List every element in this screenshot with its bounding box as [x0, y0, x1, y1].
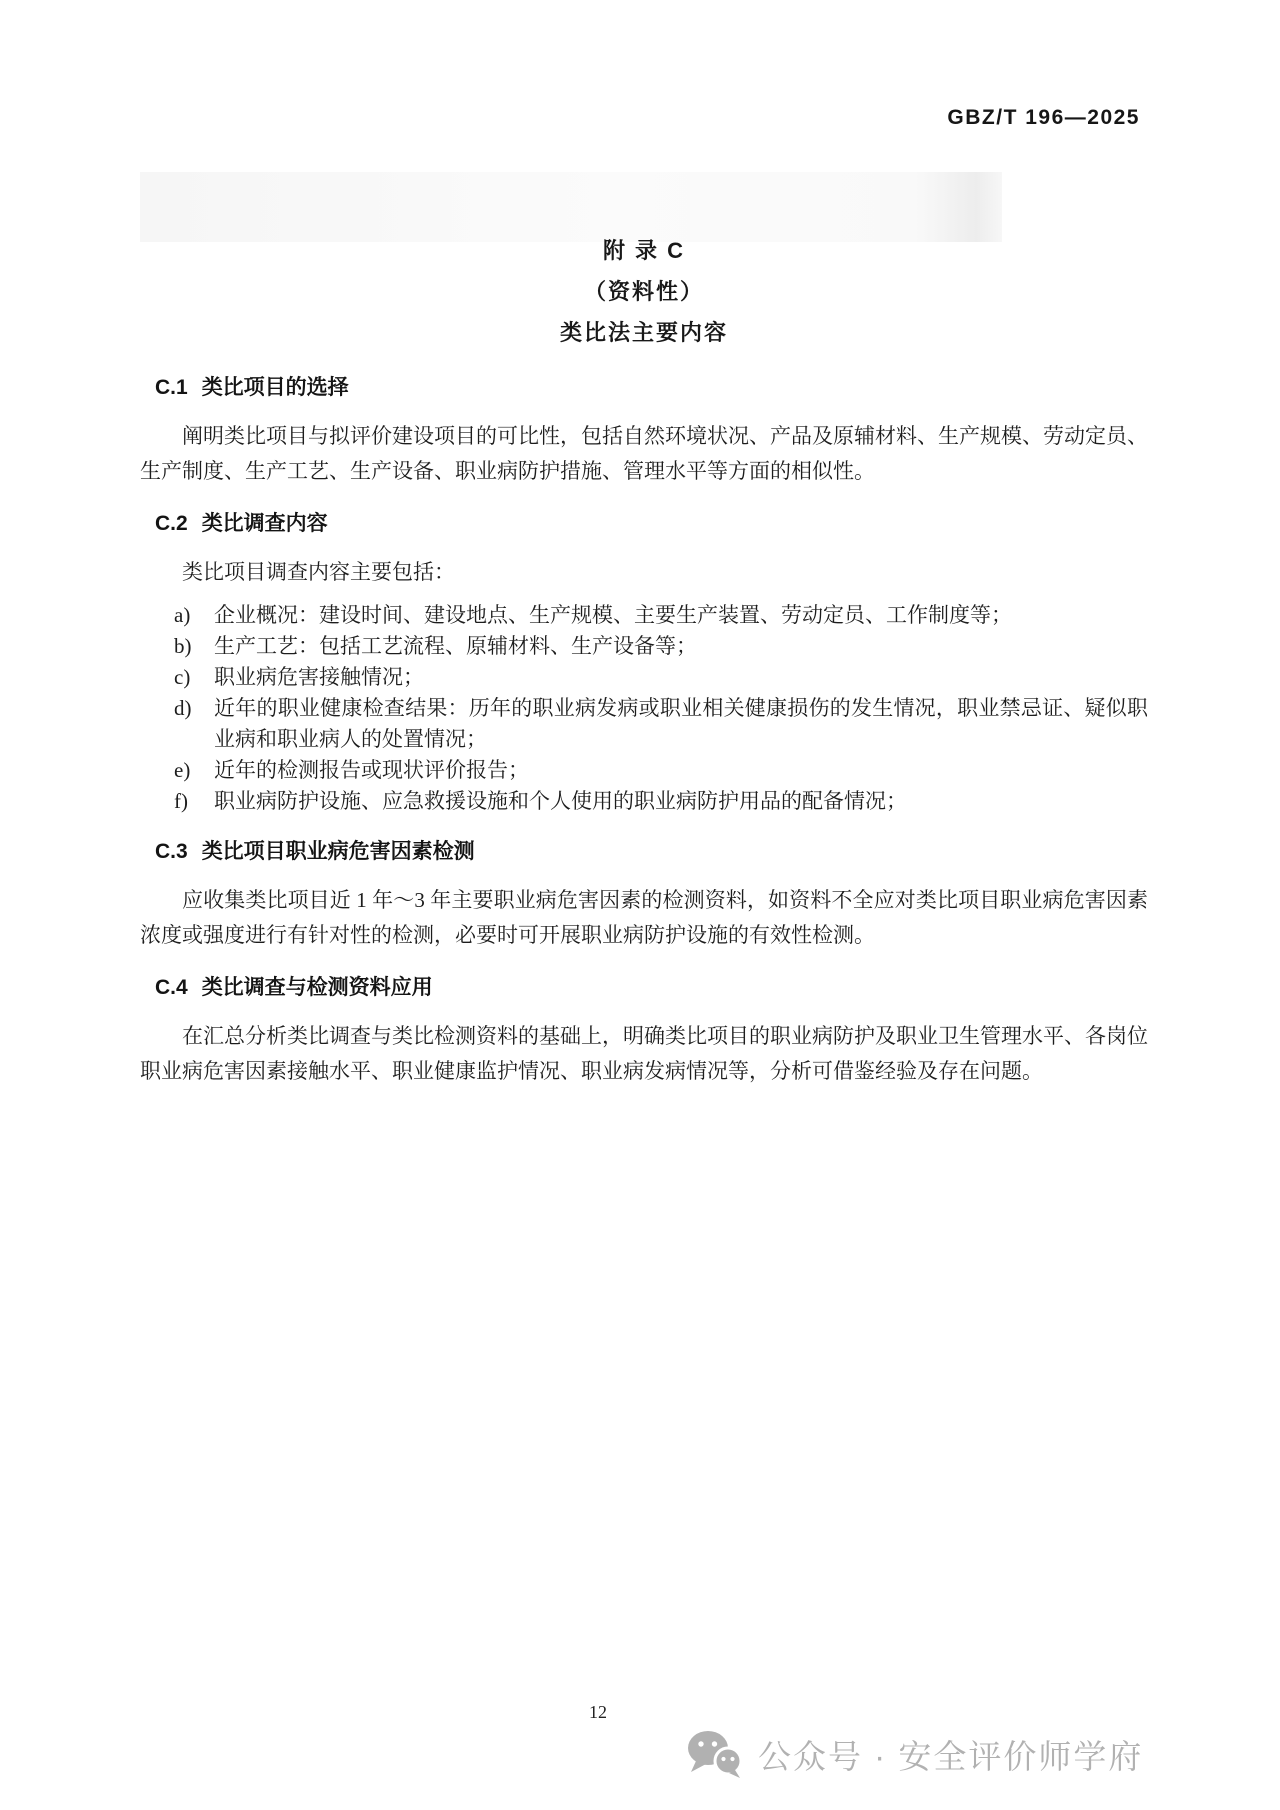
list-item-text: 企业概况：建设时间、建设地点、生产规模、主要生产装置、劳动定员、工作制度等；	[214, 600, 1148, 631]
body-paragraph: 在汇总分析类比调查与类比检测资料的基础上，明确类比项目的职业病防护及职业卫生管理…	[140, 1019, 1148, 1089]
page-content: 附 录 C （资料性） 类比法主要内容 C.1类比项目的选择 阐明类比项目与拟评…	[140, 230, 1148, 1099]
body-paragraph: 类比项目调查内容主要包括：	[140, 555, 1148, 590]
list-item: b) 生产工艺：包括工艺流程、原辅材料、生产设备等；	[140, 631, 1148, 662]
list-item-marker: b)	[174, 631, 214, 662]
section-c2: C.2类比调查内容 类比项目调查内容主要包括： a) 企业概况：建设时间、建设地…	[140, 510, 1148, 817]
list-item-marker: c)	[174, 662, 214, 693]
watermark: 公众号 · 安全评价师学府	[686, 1728, 1143, 1780]
section-c3: C.3类比项目职业病危害因素检测 应收集类比项目近 1 年～3 年主要职业病危害…	[140, 838, 1148, 953]
document-page: GBZ/T 196—2025 附 录 C （资料性） 类比法主要内容 C.1类比…	[0, 0, 1280, 1810]
section-heading-c3: C.3类比项目职业病危害因素检测	[155, 838, 1148, 866]
list-item-marker: a)	[174, 600, 214, 631]
list-item: e) 近年的检测报告或现状评价报告；	[140, 755, 1148, 786]
section-heading-c1: C.1类比项目的选择	[155, 374, 1148, 402]
list-item-marker: e)	[174, 755, 214, 786]
section-title: 类比调查与检测资料应用	[202, 976, 433, 999]
list-item: a) 企业概况：建设时间、建设地点、生产规模、主要生产装置、劳动定员、工作制度等…	[140, 600, 1148, 631]
list-item-text: 近年的职业健康检查结果：历年的职业病发病或职业相关健康损伤的发生情况，职业禁忌证…	[214, 693, 1148, 755]
body-paragraph: 应收集类比项目近 1 年～3 年主要职业病危害因素的检测资料，如资料不全应对类比…	[140, 883, 1148, 953]
list-item-marker: f)	[174, 786, 214, 817]
section-number: C.1	[155, 376, 188, 399]
list-item-text: 生产工艺：包括工艺流程、原辅材料、生产设备等；	[214, 631, 1148, 662]
section-number: C.2	[155, 512, 188, 535]
watermark-text: 公众号 · 安全评价师学府	[758, 1731, 1143, 1778]
section-heading-c4: C.4类比调查与检测资料应用	[155, 974, 1148, 1002]
list-item-text: 近年的检测报告或现状评价报告；	[214, 755, 1148, 786]
section-title: 类比调查内容	[202, 512, 328, 535]
appendix-informative-label: （资料性）	[140, 271, 1148, 312]
list-item-text: 职业病防护设施、应急救援设施和个人使用的职业病防护用品的配备情况；	[214, 786, 1148, 817]
standard-code-header: GBZ/T 196—2025	[947, 106, 1140, 130]
section-number: C.4	[155, 976, 188, 999]
list-item-marker: d)	[174, 693, 214, 724]
body-paragraph: 阐明类比项目与拟评价建设项目的可比性，包括自然环境状况、产品及原辅材料、生产规模…	[140, 419, 1148, 489]
section-heading-c2: C.2类比调查内容	[155, 510, 1148, 538]
list-item: c) 职业病危害接触情况；	[140, 662, 1148, 693]
list-item-text: 职业病危害接触情况；	[214, 662, 1148, 693]
section-number: C.3	[155, 840, 188, 863]
appendix-heading: 附 录 C	[140, 230, 1148, 271]
section-title: 类比项目的选择	[202, 376, 349, 399]
list-item: d) 近年的职业健康检查结果：历年的职业病发病或职业相关健康损伤的发生情况，职业…	[140, 693, 1148, 755]
list-item: f) 职业病防护设施、应急救援设施和个人使用的职业病防护用品的配备情况；	[140, 786, 1148, 817]
appendix-subject-title: 类比法主要内容	[140, 312, 1148, 353]
appendix-title-block: 附 录 C （资料性） 类比法主要内容	[140, 230, 1148, 353]
section-c1: C.1类比项目的选择 阐明类比项目与拟评价建设项目的可比性，包括自然环境状况、产…	[140, 374, 1148, 489]
section-title: 类比项目职业病危害因素检测	[202, 840, 475, 863]
page-number: 12	[556, 1702, 640, 1723]
section-c4: C.4类比调查与检测资料应用 在汇总分析类比调查与类比检测资料的基础上，明确类比…	[140, 974, 1148, 1089]
wechat-icon	[686, 1728, 744, 1780]
survey-content-list: a) 企业概况：建设时间、建设地点、生产规模、主要生产装置、劳动定员、工作制度等…	[140, 600, 1148, 817]
